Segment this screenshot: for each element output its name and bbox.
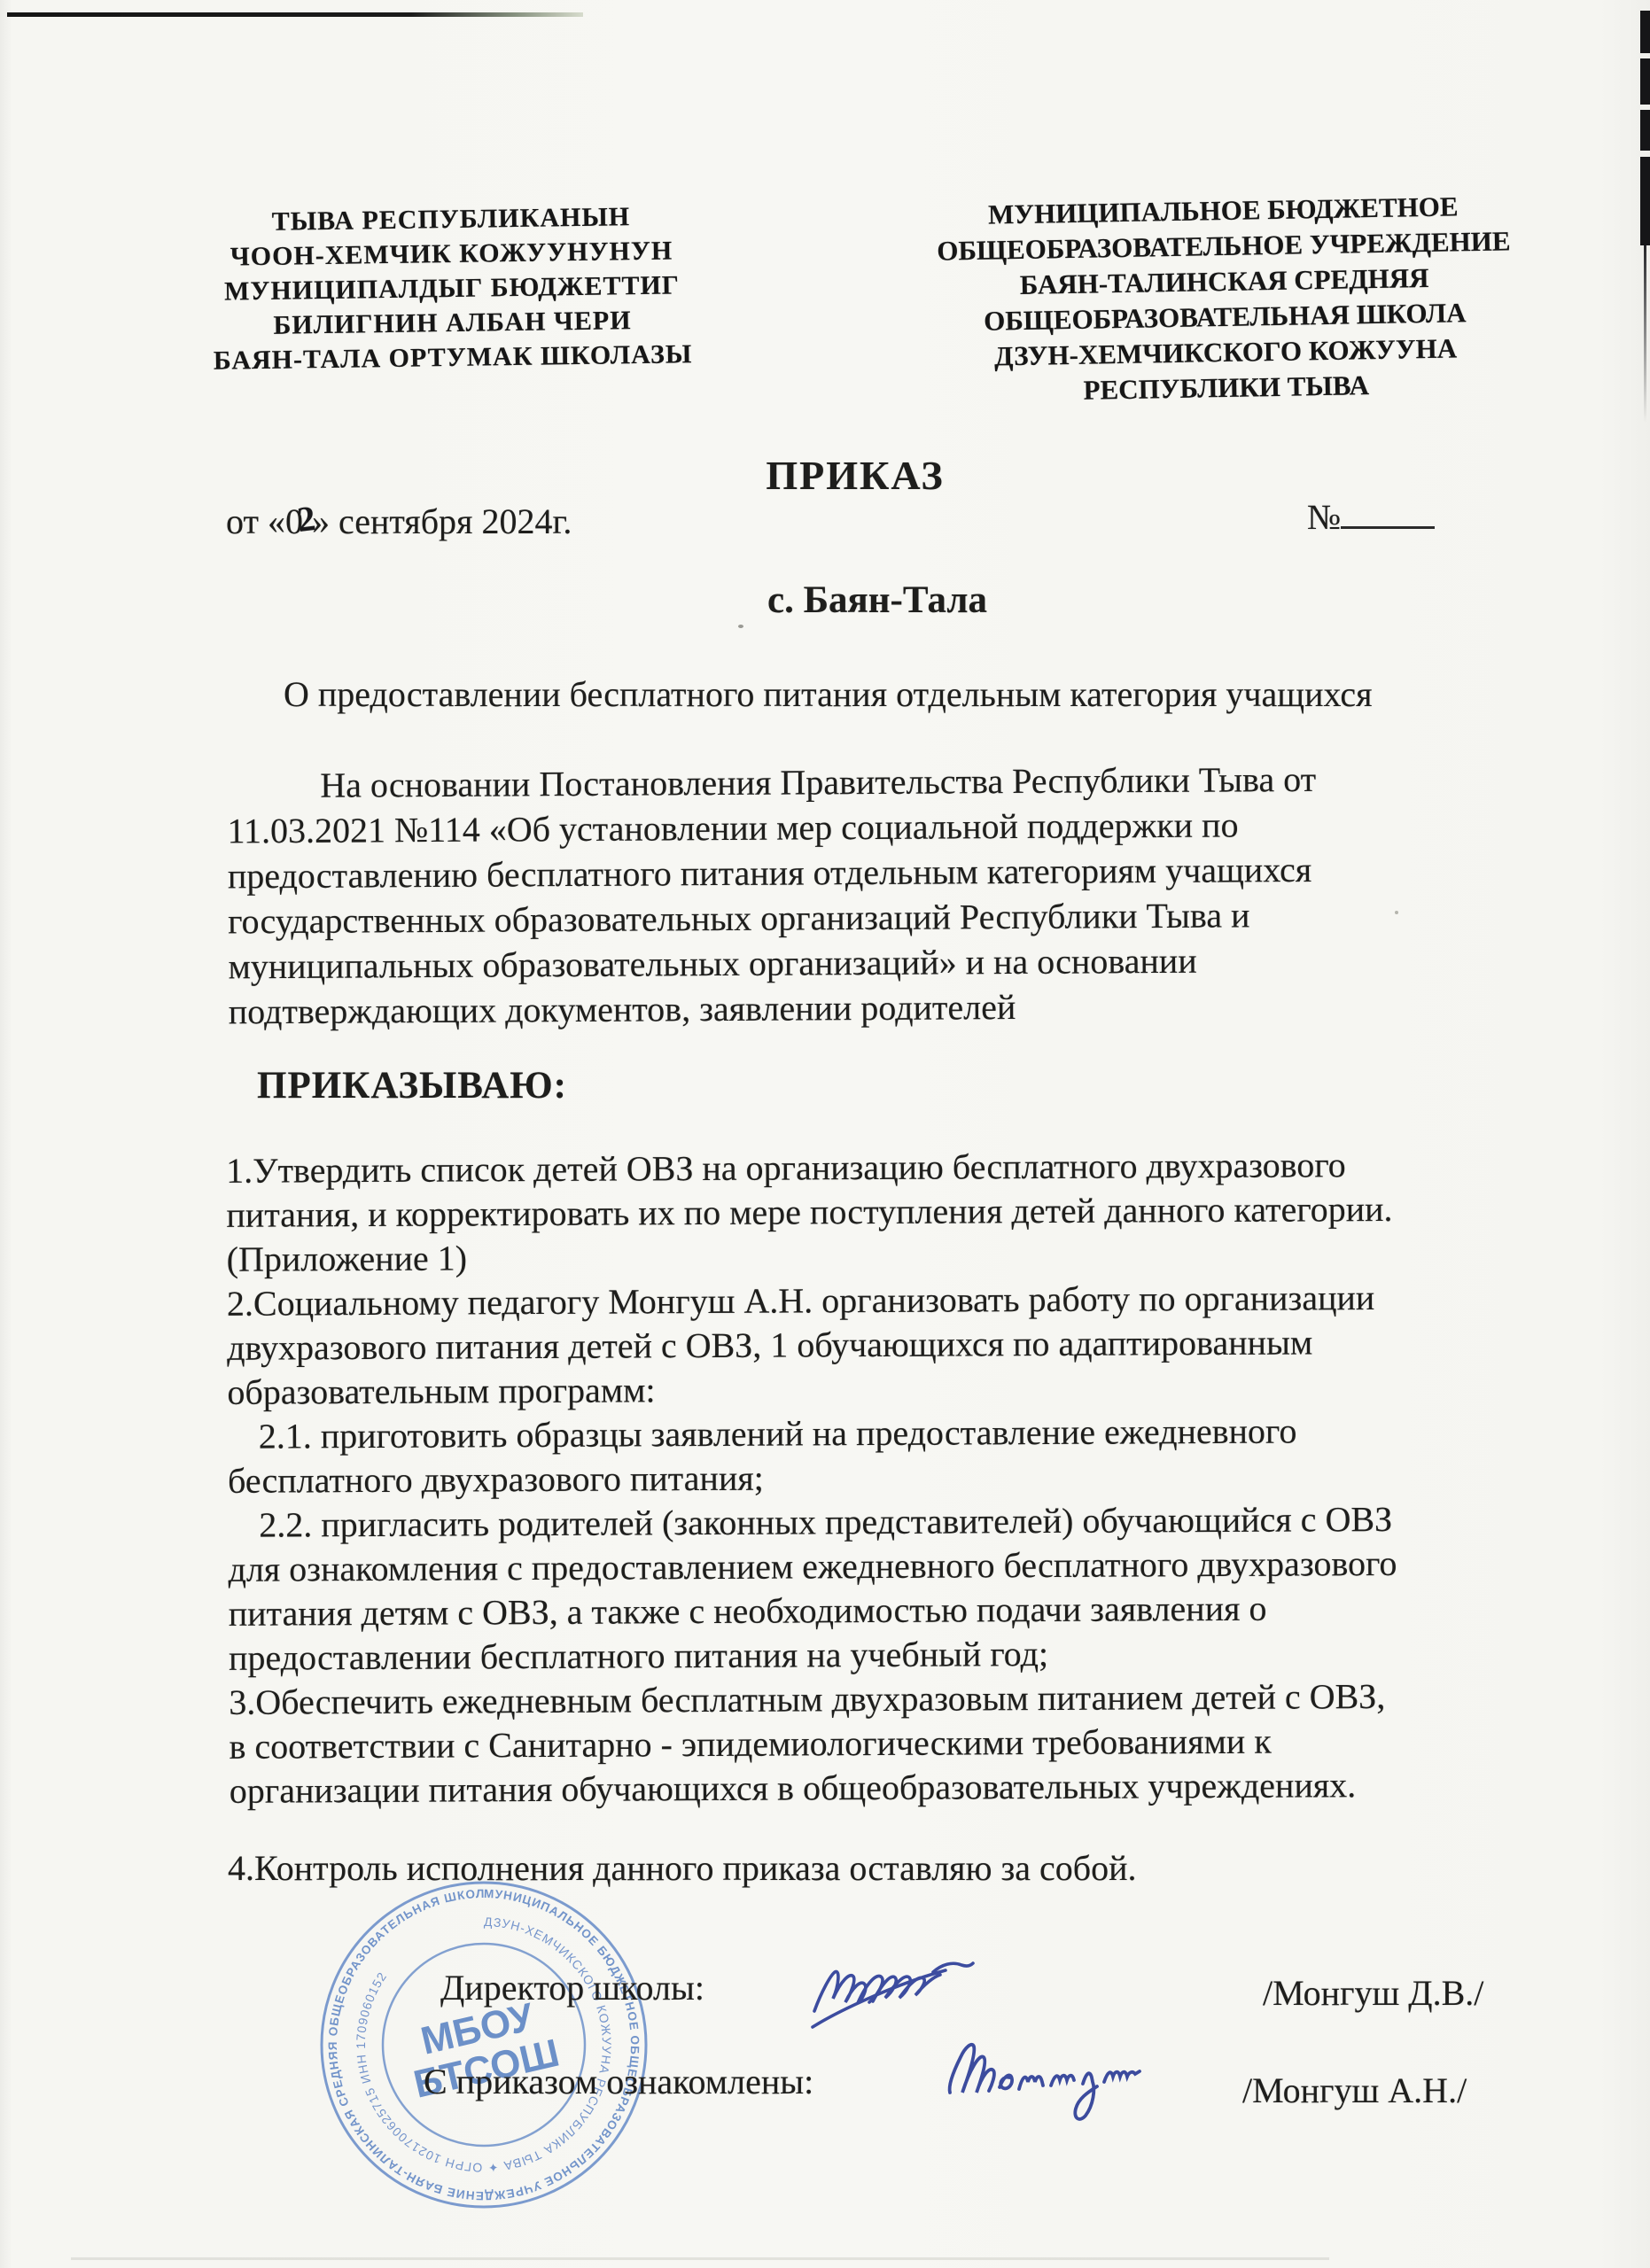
subject-line: О предоставлении бесплатного питания отд… <box>284 673 1373 715</box>
order-items: 1.Утвердить список детей ОВЗ на организа… <box>226 1142 1532 1814</box>
order-item-line: 2.1. приготовить образцы заявлений на пр… <box>259 1408 1530 1459</box>
director-label: Директор школы: <box>440 1967 704 2008</box>
scan-artifact-bottom <box>71 2257 1329 2260</box>
date-prefix: от «0 <box>226 501 303 541</box>
order-item-line: (Приложение 1) <box>227 1231 1529 1282</box>
scan-speck <box>738 625 743 628</box>
document-title: ПРИКАЗ <box>226 452 1484 499</box>
decree-heading: ПРИКАЗЫВАЮ: <box>257 1064 567 1107</box>
order-number-line: № <box>1307 494 1435 538</box>
order-item-line: предоставлении бесплатного питания на уч… <box>229 1629 1531 1681</box>
order-item-line: 3.Обеспечить ежедневным бесплатным двухр… <box>229 1674 1531 1725</box>
letterhead-tuvan-line: БАЯН-ТАЛА ОРТУМАК ШКОЛАЗЫ <box>143 336 763 379</box>
order-item-line: бесплатного двухразового питания; <box>228 1452 1530 1503</box>
intro-line: предоставлению бесплатного питания отдел… <box>228 846 1513 899</box>
number-sign: № <box>1307 497 1341 537</box>
intro-line: 11.03.2021 №114 «Об установлении мер соц… <box>227 801 1512 854</box>
scan-artifact-right-edge <box>1640 157 1650 245</box>
date-line: от «02» сентября 2024г. <box>226 501 572 542</box>
scan-artifact-right-edge <box>1640 110 1650 151</box>
intro-line: муниципальных образовательных организаци… <box>228 936 1513 990</box>
order-item-line: питания детям с ОВЗ, а также с необходим… <box>229 1585 1531 1636</box>
intro-line: На основании Постановления Правительства… <box>227 756 1512 809</box>
order-item-line: организации питания обучающихся в общеоб… <box>230 1762 1532 1814</box>
order-item-line: двухразового питания детей с ОВЗ, 1 обуч… <box>227 1319 1529 1371</box>
acknowledged-signature <box>945 2031 1162 2128</box>
school-round-stamp: МУНИЦИПАЛЬНОЕ БЮДЖЕТНОЕ ОБЩЕОБРАЗОВАТЕЛЬ… <box>310 1871 658 2218</box>
intro-paragraph: На основании Постановления Правительства… <box>227 756 1514 1035</box>
acknowledged-label: С приказом ознакомлены: <box>424 2061 813 2102</box>
scan-artifact-right-line <box>1644 245 1646 423</box>
scan-artifact-right-edge <box>1640 11 1650 53</box>
letterhead-russian: МУНИЦИПАЛЬНОЕ БЮДЖЕТНОЕ ОБЩЕОБРАЗОВАТЕЛЬ… <box>868 187 1581 412</box>
order-item-line: 2.Социальному педагогу Монгуш А.Н. орган… <box>227 1275 1529 1326</box>
order-item-line: 2.2. пригласить родителей (законных пред… <box>259 1496 1530 1548</box>
date-suffix: » сентября 2024г. <box>312 501 572 541</box>
acknowledged-name: /Монгуш А.Н./ <box>1242 2070 1467 2111</box>
letterhead-tuvan: ТЫВА РЕСПУБЛИКАНЫН ЧООН-ХЕМЧИК КОЖУУНУНУ… <box>141 198 764 379</box>
order-item-line: питания, и корректировать их по мере пос… <box>226 1186 1529 1238</box>
scan-artifact-right-edge <box>1640 58 1650 105</box>
scan-artifact-top-bar <box>7 12 583 17</box>
director-signature <box>811 1946 975 2034</box>
director-name: /Монгуш Д.В./ <box>1263 1972 1483 2014</box>
order-item-line: для ознакомления с предоставлением ежедн… <box>228 1541 1530 1592</box>
place-line: с. Баян-Тала <box>226 579 1529 622</box>
intro-line: государственных образовательных организа… <box>228 891 1513 944</box>
order-item-line: 1.Утвердить список детей ОВЗ на организа… <box>226 1142 1529 1193</box>
order-item-line: образовательным программ: <box>227 1363 1529 1415</box>
intro-line: подтверждающих документов, заявлении род… <box>229 982 1514 1035</box>
order-item-line: в соответствии с Санитарно - эпидемиолог… <box>229 1718 1531 1769</box>
number-blank-underline <box>1341 494 1435 529</box>
